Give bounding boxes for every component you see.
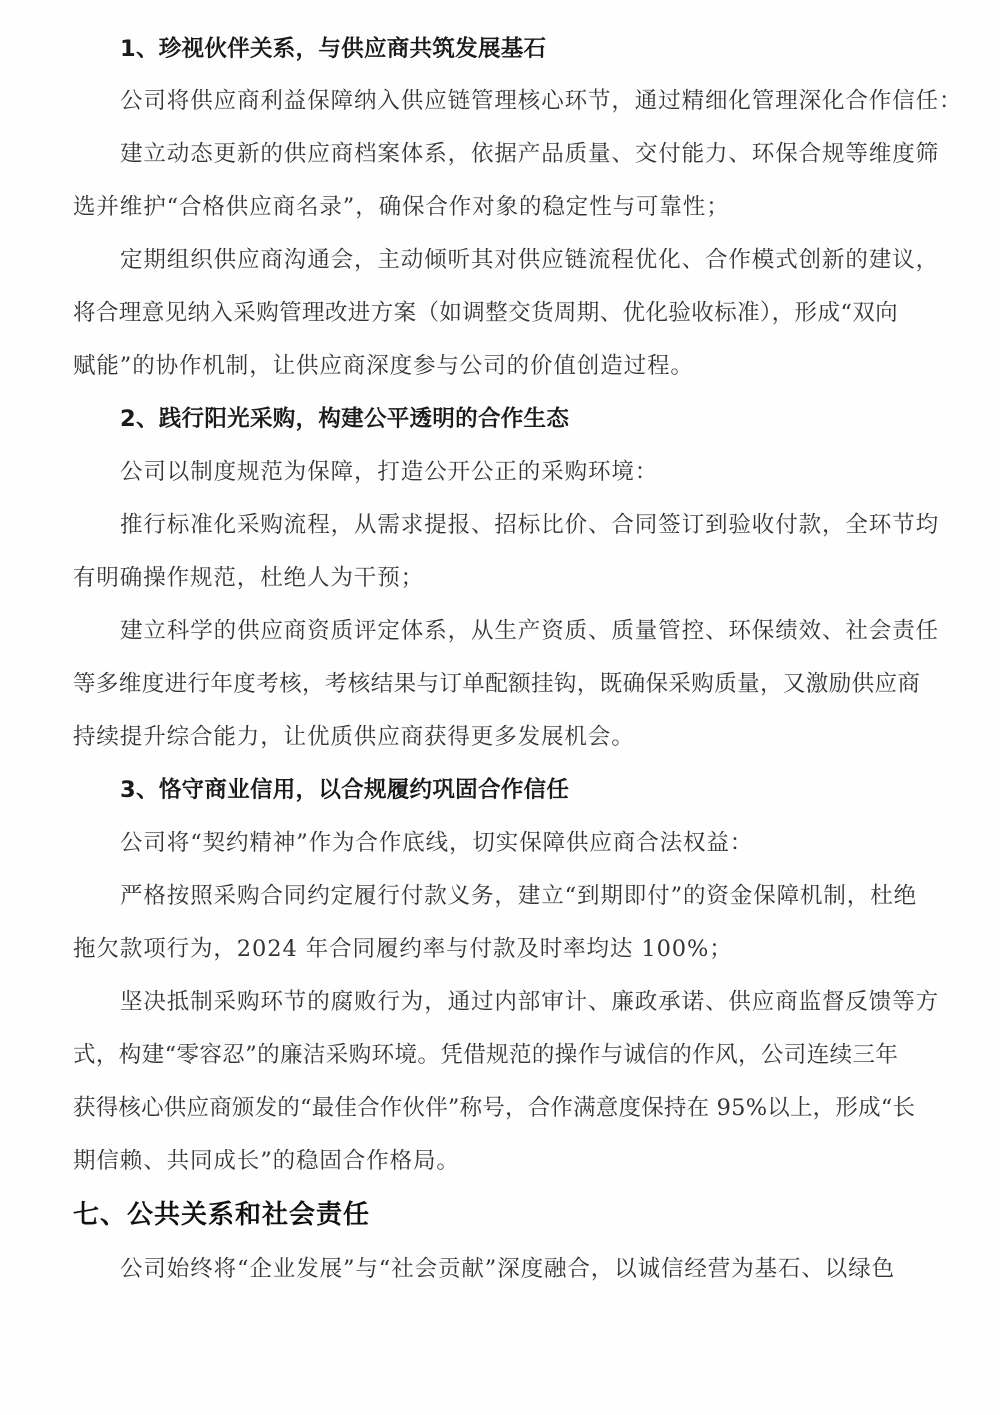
paragraph-line: 严格按照采购合同约定履行付款义务，建立“到期即付”的资金保障机制，杜绝 [120,881,1000,911]
paragraph-line: 定期组织供应商沟通会，主动倾听其对供应链流程优化、合作模式创新的建议， [120,245,1000,275]
paragraph-line: 建立动态更新的供应商档案体系，依据产品质量、交付能力、环保合规等维度筛 [120,139,1000,169]
document-page: 1、珍视伙伴关系，与供应商共筑发展基石 公司将供应商利益保障纳入供应链管理核心环… [0,0,1000,1415]
paragraph-line: 有明确操作规范，杜绝人为干预； [73,563,953,593]
paragraph-line: 获得核心供应商颁发的“最佳合作伙伴”称号，合作满意度保持在 95%以上，形成“长 [73,1093,953,1123]
paragraph-line: 公司将“契约精神”作为合作底线，切实保障供应商合法权益： [120,828,1000,858]
paragraph-line: 持续提升综合能力，让优质供应商获得更多发展机会。 [73,722,953,752]
section-2-heading: 2、践行阳光采购，构建公平透明的合作生态 [120,404,1000,434]
paragraph-line: 建立科学的供应商资质评定体系，从生产资质、质量管控、环保绩效、社会责任 [120,616,1000,646]
paragraph-line: 式，构建“零容忍”的廉洁采购环境。凭借规范的操作与诚信的作风，公司连续三年 [73,1040,953,1070]
paragraph-line: 拖欠款项行为，2024 年合同履约率与付款及时率均达 100%； [73,934,953,964]
section-1-heading: 1、珍视伙伴关系，与供应商共筑发展基石 [120,34,1000,64]
chapter-7-heading: 七、公共关系和社会责任 [73,1200,953,1230]
paragraph-line: 公司以制度规范为保障，打造公开公正的采购环境： [120,457,1000,487]
section-3-heading: 3、恪守商业信用，以合规履约巩固合作信任 [120,775,1000,805]
paragraph-line: 公司将供应商利益保障纳入供应链管理核心环节，通过精细化管理深化合作信任： [120,86,1000,116]
paragraph-line: 期信赖、共同成长”的稳固合作格局。 [73,1146,953,1176]
paragraph-line: 公司始终将“企业发展”与“社会贡献”深度融合，以诚信经营为基石、以绿色 [120,1254,1000,1284]
paragraph-line: 赋能”的协作机制，让供应商深度参与公司的价值创造过程。 [73,351,953,381]
paragraph-line: 将合理意见纳入采购管理改进方案（如调整交货周期、优化验收标准），形成“双向 [73,298,953,328]
paragraph-line: 选并维护“合格供应商名录”，确保合作对象的稳定性与可靠性； [73,192,953,222]
paragraph-line: 等多维度进行年度考核，考核结果与订单配额挂钩，既确保采购质量，又激励供应商 [73,669,953,699]
paragraph-line: 推行标准化采购流程，从需求提报、招标比价、合同签订到验收付款，全环节均 [120,510,1000,540]
paragraph-line: 坚决抵制采购环节的腐败行为，通过内部审计、廉政承诺、供应商监督反馈等方 [120,987,1000,1017]
